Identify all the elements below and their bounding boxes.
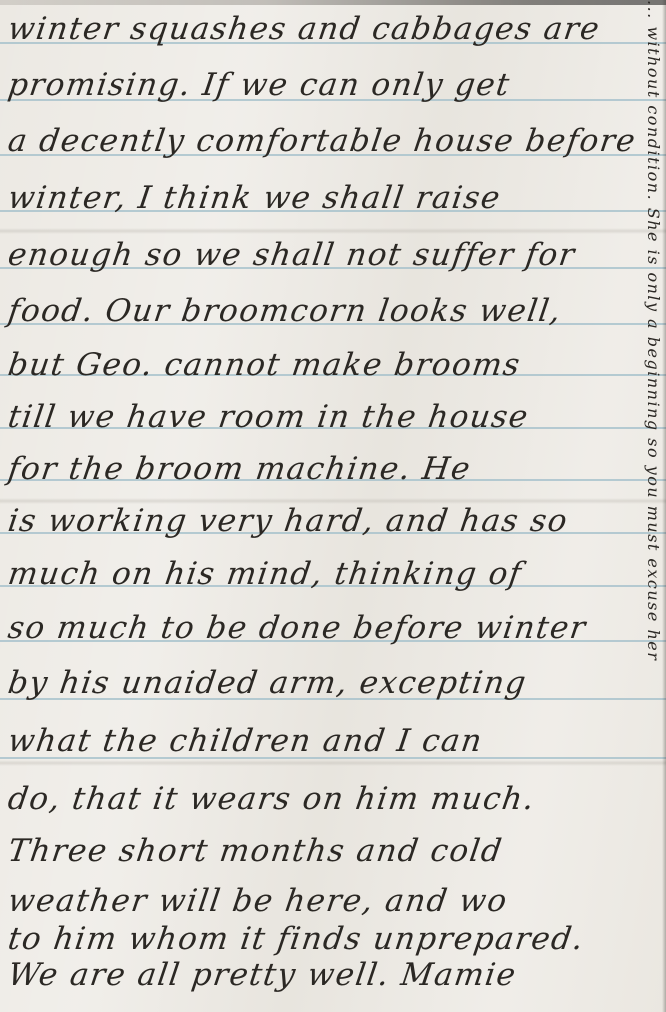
letter-line-9: for the broom machine. He bbox=[6, 454, 650, 485]
letter-line-4: winter, I think we shall raise bbox=[6, 183, 650, 214]
letter-line-19: We are all pretty well. Mamie bbox=[6, 960, 650, 991]
letter-line-12: so much to be done before winter bbox=[6, 613, 650, 644]
paper-right-edge bbox=[662, 0, 666, 1012]
paper-fold bbox=[0, 760, 666, 766]
letter-line-3: a decently comfortable house before bbox=[6, 126, 650, 157]
letter-line-7: but Geo. cannot make brooms bbox=[6, 350, 650, 381]
paper-top-edge bbox=[0, 0, 666, 5]
letter-line-16: Three short months and cold bbox=[6, 836, 650, 867]
letter-line-5: enough so we shall not suffer for bbox=[6, 240, 650, 271]
vertical-margin-note: ... without condition. She is only a beg… bbox=[643, 0, 663, 1012]
letter-line-11: much on his mind, thinking of bbox=[6, 559, 650, 590]
letter-line-2: promising. If we can only get bbox=[6, 70, 650, 101]
letter-line-13: by his unaided arm, excepting bbox=[6, 668, 650, 699]
letter-line-17: weather will be here, and wo bbox=[6, 886, 650, 917]
paper-fold bbox=[0, 228, 666, 234]
letter-line-15: do, that it wears on him much. bbox=[6, 784, 650, 815]
letter-line-18: to him whom it finds unprepared. bbox=[6, 924, 650, 955]
letter-line-14: what the children and I can bbox=[6, 726, 650, 757]
letter-line-6: food. Our broomcorn looks well, bbox=[6, 296, 650, 327]
letter-page: winter squashes and cabbages are promisi… bbox=[0, 0, 666, 1012]
letter-line-10: is working very hard, and has so bbox=[6, 506, 650, 537]
letter-line-1: winter squashes and cabbages are bbox=[6, 14, 650, 45]
letter-line-8: till we have room in the house bbox=[6, 402, 650, 433]
